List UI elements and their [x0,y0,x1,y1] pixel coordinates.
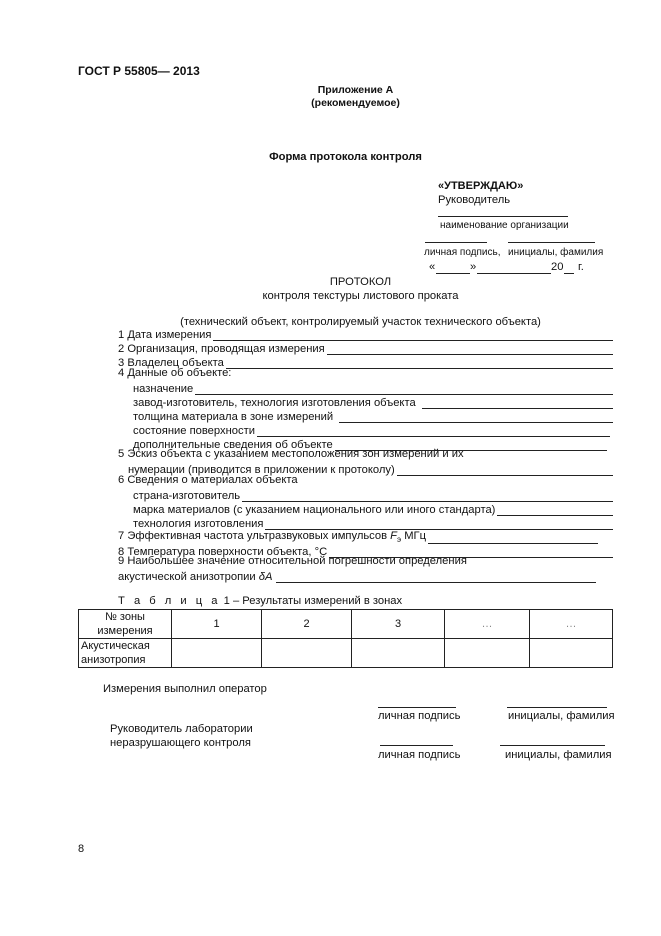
field-surface: состояние поверхности [133,423,610,437]
organization-line[interactable] [438,216,568,217]
anisotropy-cell-5[interactable] [530,639,613,668]
approval-name-caption: инициалы, фамилия [508,247,603,258]
field-label: назначение [133,383,193,395]
field-thickness: толщина материала в зоне измерений [133,409,613,423]
date-close-quote: » [470,261,476,273]
field-label: состояние поверхности [133,425,255,437]
protocol-title: ПРОТОКОЛ [0,276,661,288]
field-label: технология изготовления [133,518,263,530]
field-purpose: назначение [133,381,613,395]
field-label: завод-изготовитель, технология изготовле… [133,397,416,409]
field-label: 1 Дата измерения [118,329,211,341]
field-manufacturer: завод-изготовитель, технология изготовле… [133,395,613,409]
surface-input[interactable] [257,425,610,437]
lab-head-name-caption: инициалы, фамилия [505,749,612,761]
page-number: 8 [78,843,84,855]
thickness-input[interactable] [339,411,613,423]
operator-signature-line[interactable] [378,707,456,708]
field-error: акустической анизотропии δA [118,569,596,583]
zone-3-header: 3 [352,610,445,639]
organization-caption: наименование организации [440,220,569,231]
approval-signature-line[interactable] [425,242,487,243]
error-heading: 9 Наибольшее значение относительной погр… [118,555,467,567]
country-input[interactable] [242,490,613,502]
anisotropy-cell-3[interactable] [352,639,445,668]
lab-head-name-line[interactable] [500,745,605,746]
anisotropy-cell-1[interactable] [172,639,262,668]
sketch-heading: 5 Эскиз объекта с указанием местоположен… [118,448,464,460]
measurement-date-input[interactable] [213,329,613,341]
table-row: Акустическаяанизотропия [79,639,613,668]
zone-more-header: … [445,610,530,639]
anisotropy-row-header: Акустическаяанизотропия [79,639,172,668]
field-label: 7 Эффективная частота ультразвуковых имп… [118,530,426,544]
manufacturer-input[interactable] [422,397,613,409]
head-label: Руководитель [438,194,510,206]
lab-head-signature-line[interactable] [380,745,453,746]
purpose-input[interactable] [195,383,613,395]
error-input[interactable] [276,571,596,583]
zone-2-header: 2 [262,610,352,639]
protocol-subtitle: контроля текстуры листового проката [0,290,661,302]
approval-name-line[interactable] [508,242,595,243]
sketch-input[interactable] [397,464,613,476]
date-year-prefix: 20 [551,261,563,273]
lab-head-label-2: неразрушающего контроля [110,737,251,749]
anisotropy-cell-4[interactable] [445,639,530,668]
standard-header: ГОСТ Р 55805— 2013 [78,64,200,78]
field-material-grade: марка материалов (с указанием национальн… [133,502,613,516]
field-measurement-date: 1 Дата измерения [118,327,613,341]
zone-more-header-2: … [530,610,613,639]
field-label: 2 Организация, проводящая измерения [118,343,325,355]
anisotropy-cell-2[interactable] [262,639,352,668]
materials-heading: 6 Сведения о материалах объекта [118,474,298,486]
field-label: марка материалов (с указанием национальн… [133,504,495,516]
field-organization: 2 Организация, проводящая измерения [118,341,613,355]
field-frequency: 7 Эффективная частота ультразвуковых имп… [118,530,598,544]
operator-signature-caption: личная подпись [378,710,460,722]
field-technology: технология изготовления [133,516,613,530]
table-caption-text: 1 – Результаты измерений в зонах [221,595,403,607]
appendix-title: Приложение А [0,84,661,96]
approve-label: «УТВЕРЖДАЮ» [438,180,523,192]
material-grade-input[interactable] [497,504,613,516]
operator-label: Измерения выполнил оператор [103,683,267,695]
form-title: Форма протокола контроля [0,151,661,163]
date-month-line[interactable] [477,273,551,274]
operator-name-line[interactable] [507,707,607,708]
field-label: страна-изготовитель [133,490,240,502]
frequency-input[interactable] [428,532,598,544]
organization-input[interactable] [327,343,613,355]
date-year-suffix: г. [578,261,584,273]
date-year-line[interactable] [564,273,574,274]
technology-input[interactable] [265,518,613,530]
field-label: толщина материала в зоне измерений [133,411,333,423]
table-caption-prefix: Т а б л и ц а [118,595,221,607]
table-caption: Т а б л и ц а 1 – Результаты измерений в… [118,595,402,607]
owner-input[interactable] [226,357,613,369]
field-label: акустической анизотропии δA [118,571,272,583]
object-data-heading: 4 Данные об объекте: [118,367,231,379]
table-header-row: № зоныизмерения 1 2 3 … … [79,610,613,639]
zone-1-header: 1 [172,610,262,639]
zone-number-header: № зоныизмерения [79,610,172,639]
lab-head-signature-caption: личная подпись [378,749,460,761]
lab-head-label-1: Руководитель лаборатории [110,723,253,735]
date-day-line[interactable] [436,273,470,274]
operator-name-caption: инициалы, фамилия [508,710,615,722]
date-open-quote: « [429,261,435,273]
appendix-subtitle: (рекомендуемое) [0,97,661,109]
results-table: № зоныизмерения 1 2 3 … … Акустическаяан… [78,609,613,668]
field-country: страна-изготовитель [133,488,613,502]
approval-signature-caption: личная подпись, [424,247,501,258]
